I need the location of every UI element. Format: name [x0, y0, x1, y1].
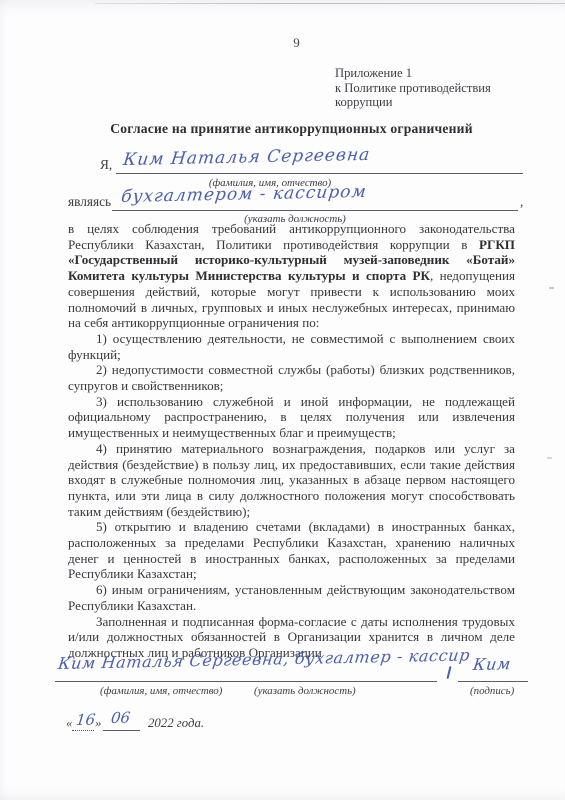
i-label: Я, [100, 157, 112, 173]
appendix-line: Приложение 1 [335, 66, 545, 81]
signature-name-caption: (фамилия, имя, отчество) [100, 685, 222, 697]
scan-speck [549, 287, 554, 289]
handwritten-month: 06 [110, 709, 131, 727]
restriction-item-5: 5) открытию и владению счетами (вкладами… [68, 519, 515, 582]
signature-position-caption: (указать должность) [254, 685, 356, 697]
date-close-quote: » [95, 716, 101, 731]
name-blank-line [116, 173, 523, 174]
page-number: 9 [0, 35, 565, 51]
appendix-reference: Приложение 1 к Политике противодействия … [335, 66, 545, 110]
restriction-item-4: 4) принятию материального вознаграждения… [68, 441, 515, 520]
trailing-comma: , [520, 194, 523, 210]
position-blank-line [112, 210, 518, 211]
date-open-quote: « [66, 716, 72, 731]
month-blank-line [103, 730, 140, 731]
signature-sign-caption: (подпись) [470, 685, 514, 697]
document-title: Согласие на принятие антикоррупционных о… [60, 121, 523, 137]
date-year-text: 2022 года. [148, 716, 204, 731]
scanned-document-page: 9 Приложение 1 к Политике противодействи… [0, 0, 565, 800]
scan-speck [547, 457, 552, 459]
restriction-item-6: 6) иным ограничениям, установленным дейс… [68, 582, 515, 613]
signature-name-line [55, 681, 437, 682]
lead-paragraph: в целях соблюдения требований антикорруп… [68, 221, 515, 331]
body-text: в целях соблюдения требований антикорруп… [68, 221, 515, 661]
handwritten-signature: Ким [472, 654, 512, 674]
position-label: являясь [68, 194, 111, 210]
appendix-line: к Политике противодействия [335, 81, 545, 96]
appendix-line: коррупции [335, 95, 545, 110]
handwritten-name: Ким Наталья Сергеевна [122, 145, 372, 170]
restriction-item-2: 2) недопустимости совместной службы (раб… [68, 362, 515, 393]
pen-stroke-mark [446, 666, 451, 679]
signature-sign-line [458, 681, 528, 682]
handwritten-day: 16 [75, 711, 96, 729]
lead-before-bold: в целях соблюдения требований антикорруп… [68, 221, 515, 252]
day-blank-line [72, 730, 94, 731]
restriction-item-3: 3) использованию служебной и иной информ… [68, 394, 515, 441]
restriction-item-1: 1) осуществлению деятельности, не совмес… [68, 331, 515, 362]
handwritten-position: бухгалтером - кассиром [120, 182, 368, 207]
scan-edge-line [95, 3, 565, 4]
